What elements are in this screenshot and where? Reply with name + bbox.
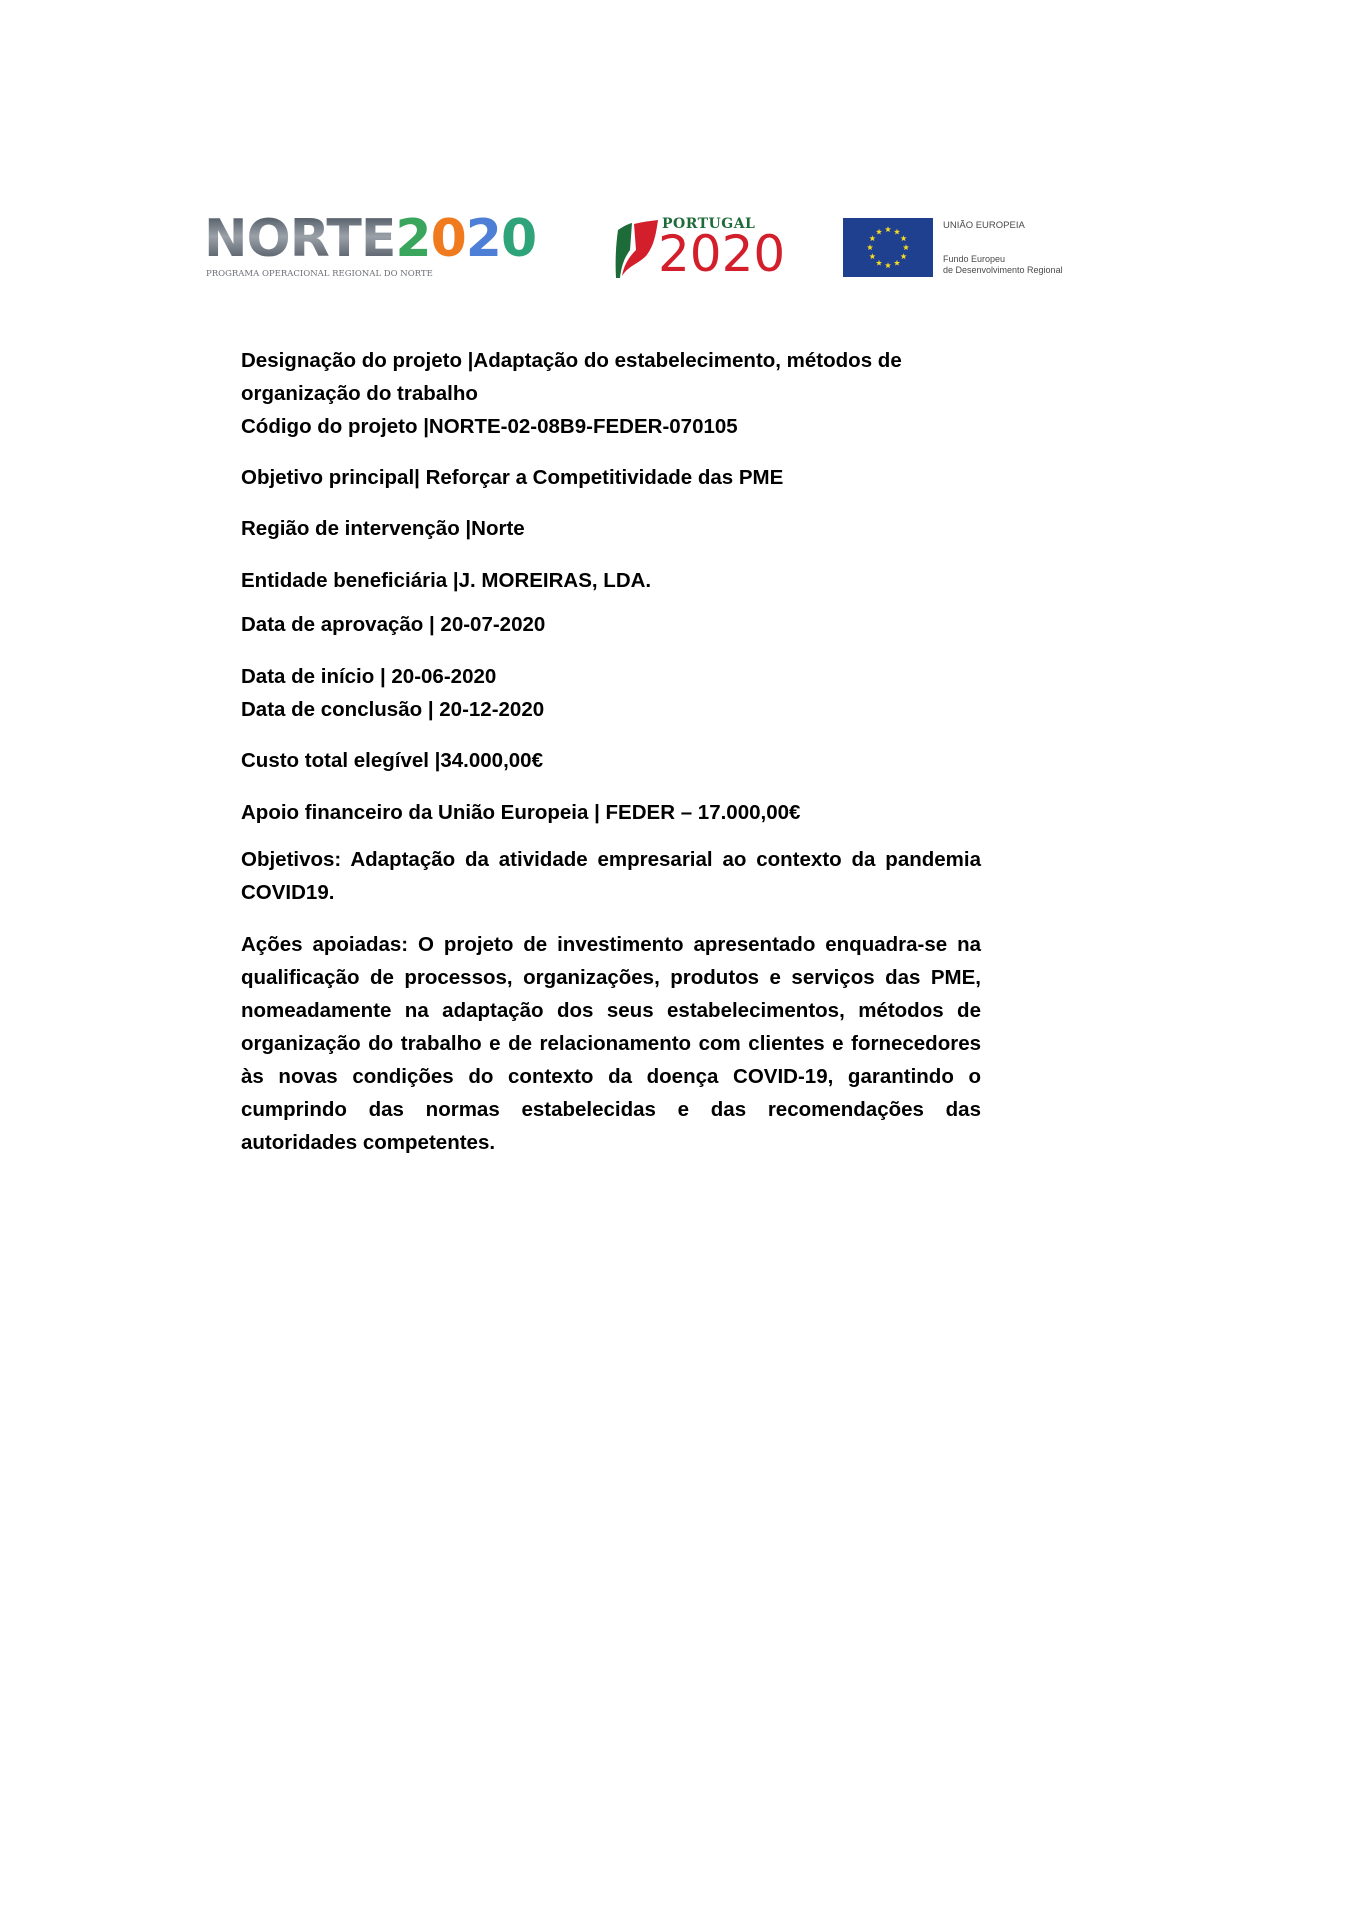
norte-digit: 0 bbox=[431, 214, 466, 264]
objectives-paragraph: Objetivos: Adaptação da atividade empres… bbox=[241, 843, 981, 909]
logo-header: NORTE 2 0 2 0 PROGRAMA OPERACIONAL REGIO… bbox=[0, 0, 1358, 300]
intervention-region: Região de intervenção |Norte bbox=[241, 512, 525, 545]
norte-word: NORTE bbox=[204, 214, 395, 264]
norte-digit: 0 bbox=[501, 214, 536, 264]
approval-date: Data de aprovação | 20-07-2020 bbox=[241, 608, 545, 641]
eu-fund-name: Fundo Europeu de Desenvolvimento Regiona… bbox=[943, 254, 1063, 276]
norte2020-wordmark: NORTE 2 0 2 0 bbox=[204, 214, 536, 264]
start-date: Data de início | 20-06-2020 bbox=[241, 660, 496, 693]
project-designation-line2: organização do trabalho bbox=[241, 377, 478, 410]
main-objective: Objetivo principal| Reforçar a Competiti… bbox=[241, 461, 783, 494]
eu-flag-icon bbox=[843, 218, 933, 277]
norte2020-logo: NORTE 2 0 2 0 PROGRAMA OPERACIONAL REGIO… bbox=[204, 214, 580, 284]
beneficiary-entity: Entidade beneficiária |J. MOREIRAS, LDA. bbox=[241, 564, 651, 597]
supported-actions-paragraph: Ações apoiadas: O projeto de investiment… bbox=[241, 928, 981, 1159]
project-code: Código do projeto |NORTE-02-08B9-FEDER-0… bbox=[241, 410, 738, 443]
portugal2020-logo: PORTUGAL 2020 bbox=[614, 216, 814, 282]
portugal-flag-mark-icon bbox=[614, 220, 660, 280]
eu-fund-line1: Fundo Europeu bbox=[943, 254, 1063, 265]
eu-financial-support: Apoio financeiro da União Europeia | FED… bbox=[241, 796, 800, 829]
portugal-2020-label: 2020 bbox=[658, 228, 785, 280]
total-eligible-cost: Custo total elegível |34.000,00€ bbox=[241, 744, 543, 777]
eu-title: UNIÃO EUROPEIA bbox=[943, 220, 1025, 231]
uniao-europeia-logo: UNIÃO EUROPEIA Fundo Europeu de Desenvol… bbox=[843, 218, 1073, 280]
eu-fund-line2: de Desenvolvimento Regional bbox=[943, 265, 1063, 276]
project-designation-line1: Designação do projeto |Adaptação do esta… bbox=[241, 344, 902, 377]
end-date: Data de conclusão | 20-12-2020 bbox=[241, 693, 544, 726]
norte-digit: 2 bbox=[395, 214, 430, 264]
norte-digit: 2 bbox=[466, 214, 501, 264]
norte2020-subtitle: PROGRAMA OPERACIONAL REGIONAL DO NORTE bbox=[206, 269, 433, 279]
